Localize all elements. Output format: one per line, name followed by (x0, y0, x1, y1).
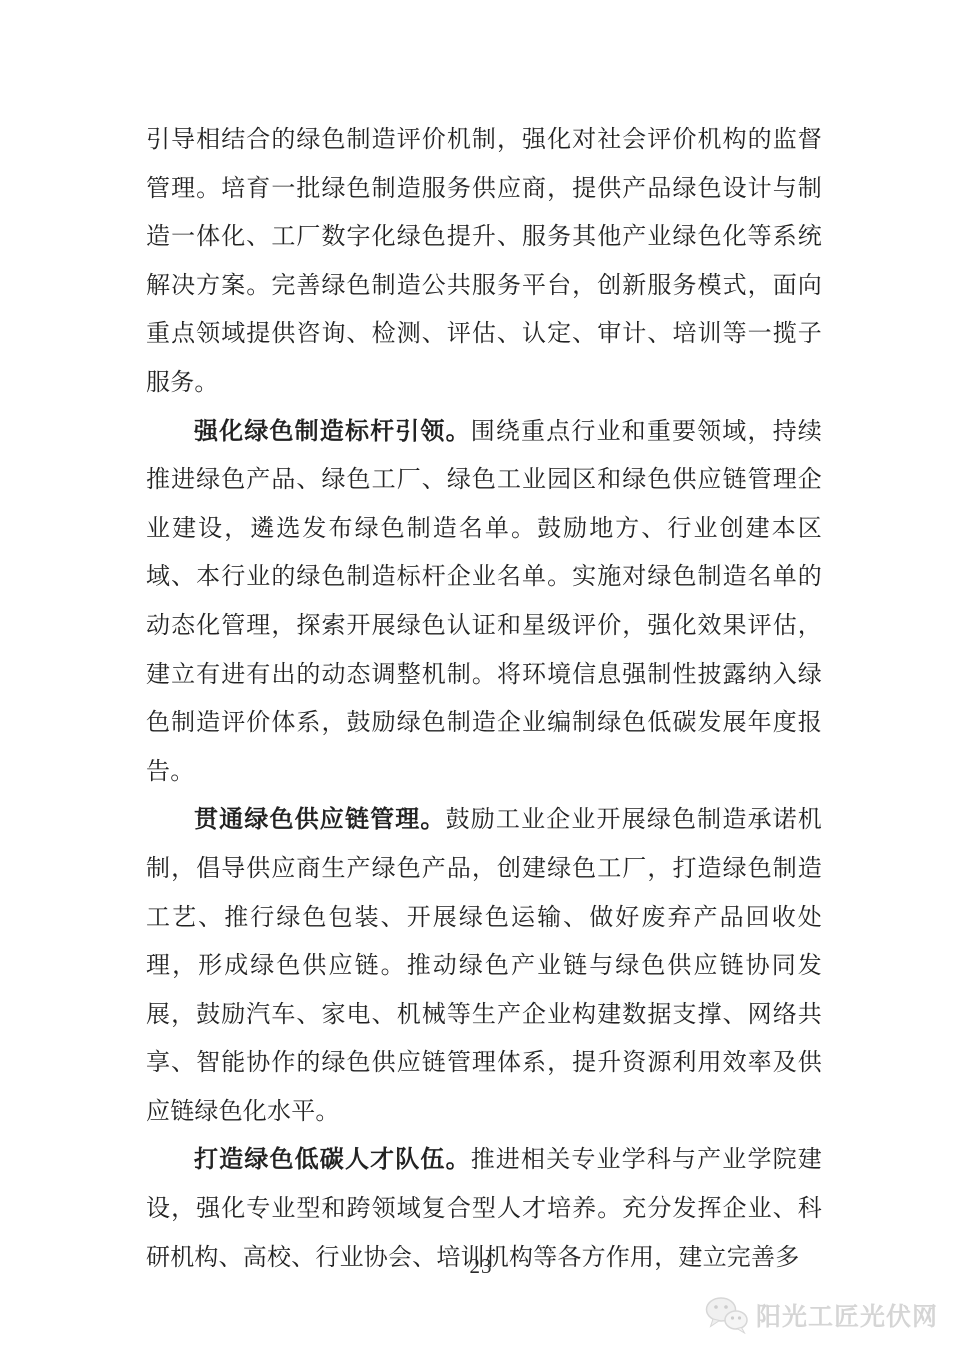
watermark: 阳光工匠光伏网 (704, 1296, 938, 1334)
paragraph: 强化绿色制造标杆引领。围绕重点行业和重要领域，持续推进绿色产品、绿色工厂、绿色工… (146, 408, 822, 797)
wechat-chat-bubbles-icon (704, 1296, 750, 1334)
paragraph-text: 鼓励工业企业开展绿色制造承诺机制，倡导供应商生产绿色产品，创建绿色工厂，打造绿色… (146, 807, 822, 1125)
paragraph-text: 引导相结合的绿色制造评价机制，强化对社会评价机构的监督管理。培育一批绿色制造服务… (146, 127, 822, 396)
paragraph: 引导相结合的绿色制造评价机制，强化对社会评价机构的监督管理。培育一批绿色制造服务… (146, 116, 822, 408)
paragraph-lead: 打造绿色低碳人才队伍。 (194, 1147, 471, 1173)
paragraph: 贯通绿色供应链管理。鼓励工业企业开展绿色制造承诺机制，倡导供应商生产绿色产品，创… (146, 796, 822, 1136)
document-page: 引导相结合的绿色制造评价机制，强化对社会评价机构的监督管理。培育一批绿色制造服务… (0, 0, 962, 1360)
paragraph-lead: 贯通绿色供应链管理。 (194, 807, 446, 833)
paragraph-text: 围绕重点行业和重要领域，持续推进绿色产品、绿色工厂、绿色工业园区和绿色供应链管理… (146, 419, 822, 785)
watermark-label: 阳光工匠光伏网 (756, 1297, 938, 1333)
page-number: 23 (0, 1254, 962, 1279)
paragraph-lead: 强化绿色制造标杆引领。 (194, 419, 471, 445)
document-body: 引导相结合的绿色制造评价机制，强化对社会评价机构的监督管理。培育一批绿色制造服务… (146, 116, 822, 1282)
